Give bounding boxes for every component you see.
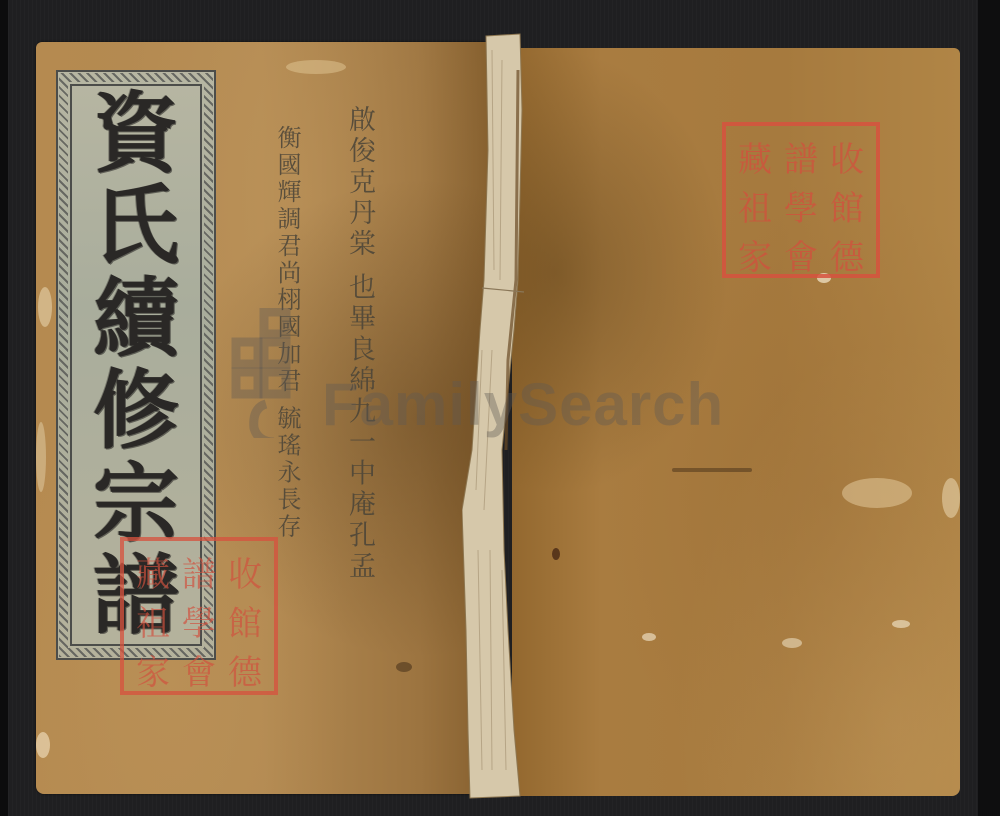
handwritten-note-column-2: 衡國輝調君尚栩國加君 毓瑤永長存 (270, 125, 305, 541)
seal-char: 譜 (778, 132, 824, 181)
title-char: 宗 (93, 458, 179, 550)
handwritten-note-column-1: 啟俊克丹棠 也畢良綿九一中庵孔孟 (340, 105, 379, 583)
title-char: 氏 (93, 180, 179, 272)
seal-char: 德 (222, 645, 268, 694)
seal-char: 學 (778, 181, 824, 230)
seal-char: 家 (732, 230, 778, 279)
seal-char: 譜 (176, 547, 222, 596)
seal-char: 藏 (732, 132, 778, 181)
red-seal-stamp-left: 藏 譜 收 祖 學 館 家 會 德 (120, 537, 278, 695)
seal-char: 會 (778, 230, 824, 279)
seal-char: 祖 (732, 181, 778, 230)
red-seal-stamp-right: 藏 譜 收 祖 學 館 家 會 德 (722, 122, 880, 278)
seal-char: 會 (176, 645, 222, 694)
seal-char: 藏 (130, 547, 176, 596)
seal-char: 家 (130, 645, 176, 694)
title-char: 續 (93, 273, 179, 365)
backdrop-left-edge (0, 0, 8, 816)
title-char: 修 (93, 365, 179, 457)
seal-char: 收 (824, 132, 870, 181)
seal-char: 館 (222, 596, 268, 645)
title-char: 資 (93, 88, 179, 180)
seal-char: 收 (222, 547, 268, 596)
backdrop-right-edge (978, 0, 1000, 816)
book-spine (462, 30, 534, 800)
seal-char: 祖 (130, 596, 176, 645)
seal-char: 學 (176, 596, 222, 645)
seal-char: 館 (824, 181, 870, 230)
seal-char: 德 (824, 230, 870, 279)
